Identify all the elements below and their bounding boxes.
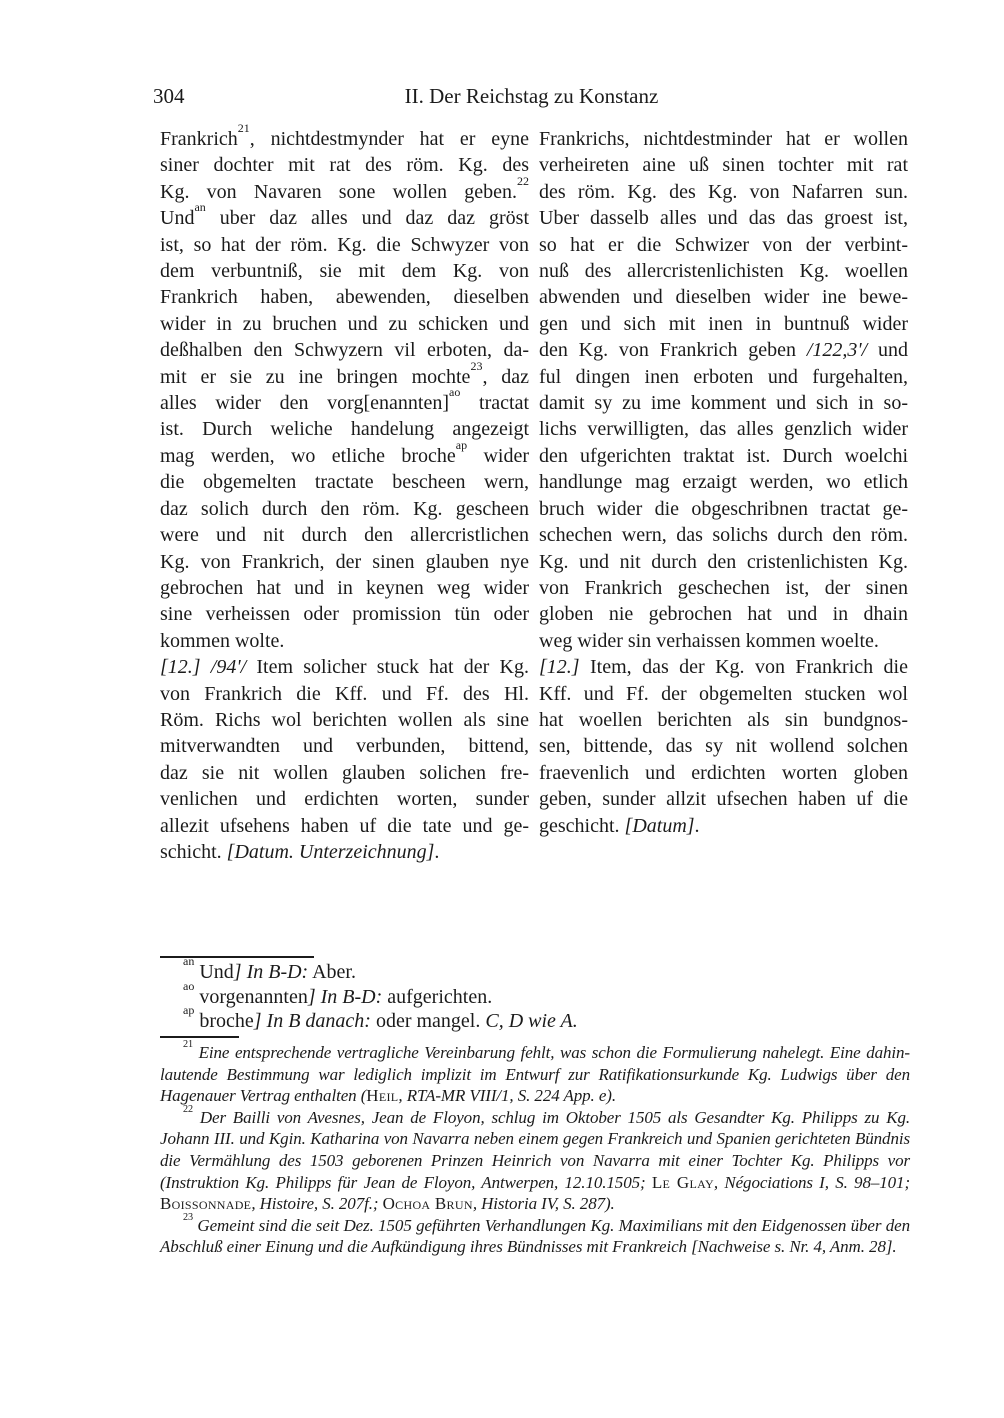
text-line: Abschluß einer Einung und die Aufkündigu…: [160, 1236, 910, 1258]
text-line: mag werden, wo etliche brocheap wider: [160, 443, 529, 469]
text-line: so hat er die Schwizer von der verbint-: [539, 232, 908, 258]
text-line: Johann III. und Kgin. Katharina von Nava…: [160, 1128, 910, 1150]
text-line: Kg. von Navaren sone wollen geben.22: [160, 179, 529, 205]
text-line: nuß des allercristenlichisten Kg. woelle…: [539, 258, 908, 284]
text-line: venlichen und erdichten worten, sunder: [160, 786, 529, 812]
text-line: mitverwandten und verbunden, bittend,: [160, 733, 529, 759]
text-line: lichs verwilligten, das alles genzlich w…: [539, 416, 908, 442]
text-line: Uber dasselb alles und das das groest is…: [539, 205, 908, 231]
left-column: Frankrich21, nichtdestmynder hat er eyne…: [160, 126, 529, 865]
critical-apparatus: an Und] In B-D: Aber.ao vorgenannten] In…: [160, 960, 908, 1034]
text-line: 22 Der Bailli von Avesnes, Jean de Floyo…: [160, 1107, 910, 1129]
text-line: [12.] Item, das der Kg. von Frankrich di…: [539, 654, 908, 680]
text-line: gebrochen hat und in keynen weg wider: [160, 575, 529, 601]
text-line: siner dochter mit rat des röm. Kg. des: [160, 152, 529, 178]
text-line: (Instruktion Kg. Philipps für Jean de Fl…: [160, 1172, 910, 1194]
paragraph: 22 Der Bailli von Avesnes, Jean de Floyo…: [160, 1107, 910, 1215]
text-line: kommen wolte.: [160, 628, 529, 654]
text-line: den Kg. von Frankrich geben /122,3'/ und: [539, 337, 908, 363]
text-line: lautende Bestimmung war lediglich impliz…: [160, 1064, 910, 1086]
text-line: an Und] In B-D: Aber.: [160, 960, 908, 985]
running-title: II. Der Reichstag zu Konstanz: [153, 84, 910, 108]
text-line: ao vorgenannten] In B-D: aufgerichten.: [160, 985, 908, 1010]
text-line: globen nie gebrochen hat und in dhain: [539, 601, 908, 627]
footnotes-section: 21 Eine entsprechende vertragliche Verei…: [160, 1042, 910, 1258]
text-line: daz sie nit wollen glauben solichen fre-: [160, 760, 529, 786]
text-line: hat woellen berichten als sin bundgnos-: [539, 707, 908, 733]
text-line: damit sy zu ime komment und sich in so-: [539, 390, 908, 416]
text-line: fraevenlich und erdichten worten globen: [539, 760, 908, 786]
text-line: ist, so hat der röm. Kg. die Schwyzer vo…: [160, 232, 529, 258]
text-line: ist. Durch weliche handelung angezeigt: [160, 416, 529, 442]
right-column: Frankrichs, nichtdestminder hat er wolle…: [539, 126, 908, 865]
text-line: Kff. und Ff. der obgemelten stucken wol: [539, 681, 908, 707]
text-line: geben, sunder allzit ufsechen haben uf d…: [539, 786, 908, 812]
text-line: die Vermählung des 1503 geborenen Prinze…: [160, 1150, 910, 1172]
text-line: weg wider sin verhaissen kommen woelte.: [539, 628, 908, 654]
page-header: 304 II. Der Reichstag zu Konstanz: [153, 84, 910, 110]
paragraph: [12.] /94'/ Item solicher stuck hat der …: [160, 654, 529, 865]
text-line: dem verbuntniß, sie mit dem Kg. von: [160, 258, 529, 284]
text-line: [12.] /94'/ Item solicher stuck hat der …: [160, 654, 529, 680]
text-line: verheireten aine uß sinen tochter mit ra…: [539, 152, 908, 178]
text-line: Röm. Richs wol berichten wollen als sine: [160, 707, 529, 733]
text-line: 21 Eine entsprechende vertragliche Verei…: [160, 1042, 910, 1064]
text-line: Frankrichs, nichtdestminder hat er wolle…: [539, 126, 908, 152]
text-line: des röm. Kg. des Kg. von Nafarren sun.: [539, 179, 908, 205]
text-line: gen und sich mit inen in buntnuß wider: [539, 311, 908, 337]
text-columns: Frankrich21, nichtdestmynder hat er eyne…: [160, 126, 908, 865]
text-line: alles wider den vorg[enannten]ao tractat: [160, 390, 529, 416]
paragraph: Frankrichs, nichtdestminder hat er wolle…: [539, 126, 908, 654]
text-line: Kg. von Frankrich, der sinen glauben nye: [160, 549, 529, 575]
text-line: Boissonnade, Histoire, S. 207f.; Ochoa B…: [160, 1193, 910, 1215]
paragraph: 23 Gemeint sind die seit Dez. 1505 gefüh…: [160, 1215, 910, 1258]
text-line: 23 Gemeint sind die seit Dez. 1505 gefüh…: [160, 1215, 910, 1237]
text-line: ap broche] In B danach: oder mangel. C, …: [160, 1009, 908, 1034]
text-line: abwenden und dieselben wider ine bewe-: [539, 284, 908, 310]
text-line: were und nit durch den allercristlichen: [160, 522, 529, 548]
text-line: die obgemelten tractate bescheen wern,: [160, 469, 529, 495]
text-line: sen, bittende, das sy nit wollend solche…: [539, 733, 908, 759]
text-line: sine verheissen oder promission tün oder: [160, 601, 529, 627]
footnote-separator-rule: [160, 1036, 239, 1038]
text-line: von Frankrich geschechen ist, der sinen: [539, 575, 908, 601]
paragraph: [12.] Item, das der Kg. von Frankrich di…: [539, 654, 908, 839]
text-line: Undan uber daz alles und daz daz gröst: [160, 205, 529, 231]
paragraph: 21 Eine entsprechende vertragliche Verei…: [160, 1042, 910, 1107]
text-line: mit er sie zu ine bringen mochte23, daz: [160, 364, 529, 390]
text-line: ful dingen inen erboten und furgehalten,: [539, 364, 908, 390]
book-page: 304 II. Der Reichstag zu Konstanz Frankr…: [0, 0, 1004, 1418]
text-line: den ufgerichten traktat ist. Durch woelc…: [539, 443, 908, 469]
paragraph: ao vorgenannten] In B-D: aufgerichten.: [160, 985, 908, 1010]
text-line: schicht. [Datum. Unterzeichnung].: [160, 839, 529, 865]
paragraph: ap broche] In B danach: oder mangel. C, …: [160, 1009, 908, 1034]
text-line: geschicht. [Datum].: [539, 813, 908, 839]
paragraph: Frankrich21, nichtdestmynder hat er eyne…: [160, 126, 529, 654]
text-line: Hagenauer Vertrag enthalten (Heil, RTA-M…: [160, 1085, 910, 1107]
text-line: Frankrich haben, abewenden, dieselben: [160, 284, 529, 310]
text-line: von Frankrich die Kff. und Ff. des Hl.: [160, 681, 529, 707]
text-line: wider in zu bruchen und zu schicken und: [160, 311, 529, 337]
text-line: Kg. und nit durch den cristenlichisten K…: [539, 549, 908, 575]
paragraph: an Und] In B-D: Aber.: [160, 960, 908, 985]
text-line: daz solich durch den röm. Kg. gescheen: [160, 496, 529, 522]
text-line: Frankrich21, nichtdestmynder hat er eyne: [160, 126, 529, 152]
text-line: allezit ufsehens haben uf die tate und g…: [160, 813, 529, 839]
text-line: bruch wider die obgeschribnen tractat ge…: [539, 496, 908, 522]
text-line: handlunge mag erzaigt werden, wo etlich: [539, 469, 908, 495]
text-line: schechen wern, das solichs durch den röm…: [539, 522, 908, 548]
